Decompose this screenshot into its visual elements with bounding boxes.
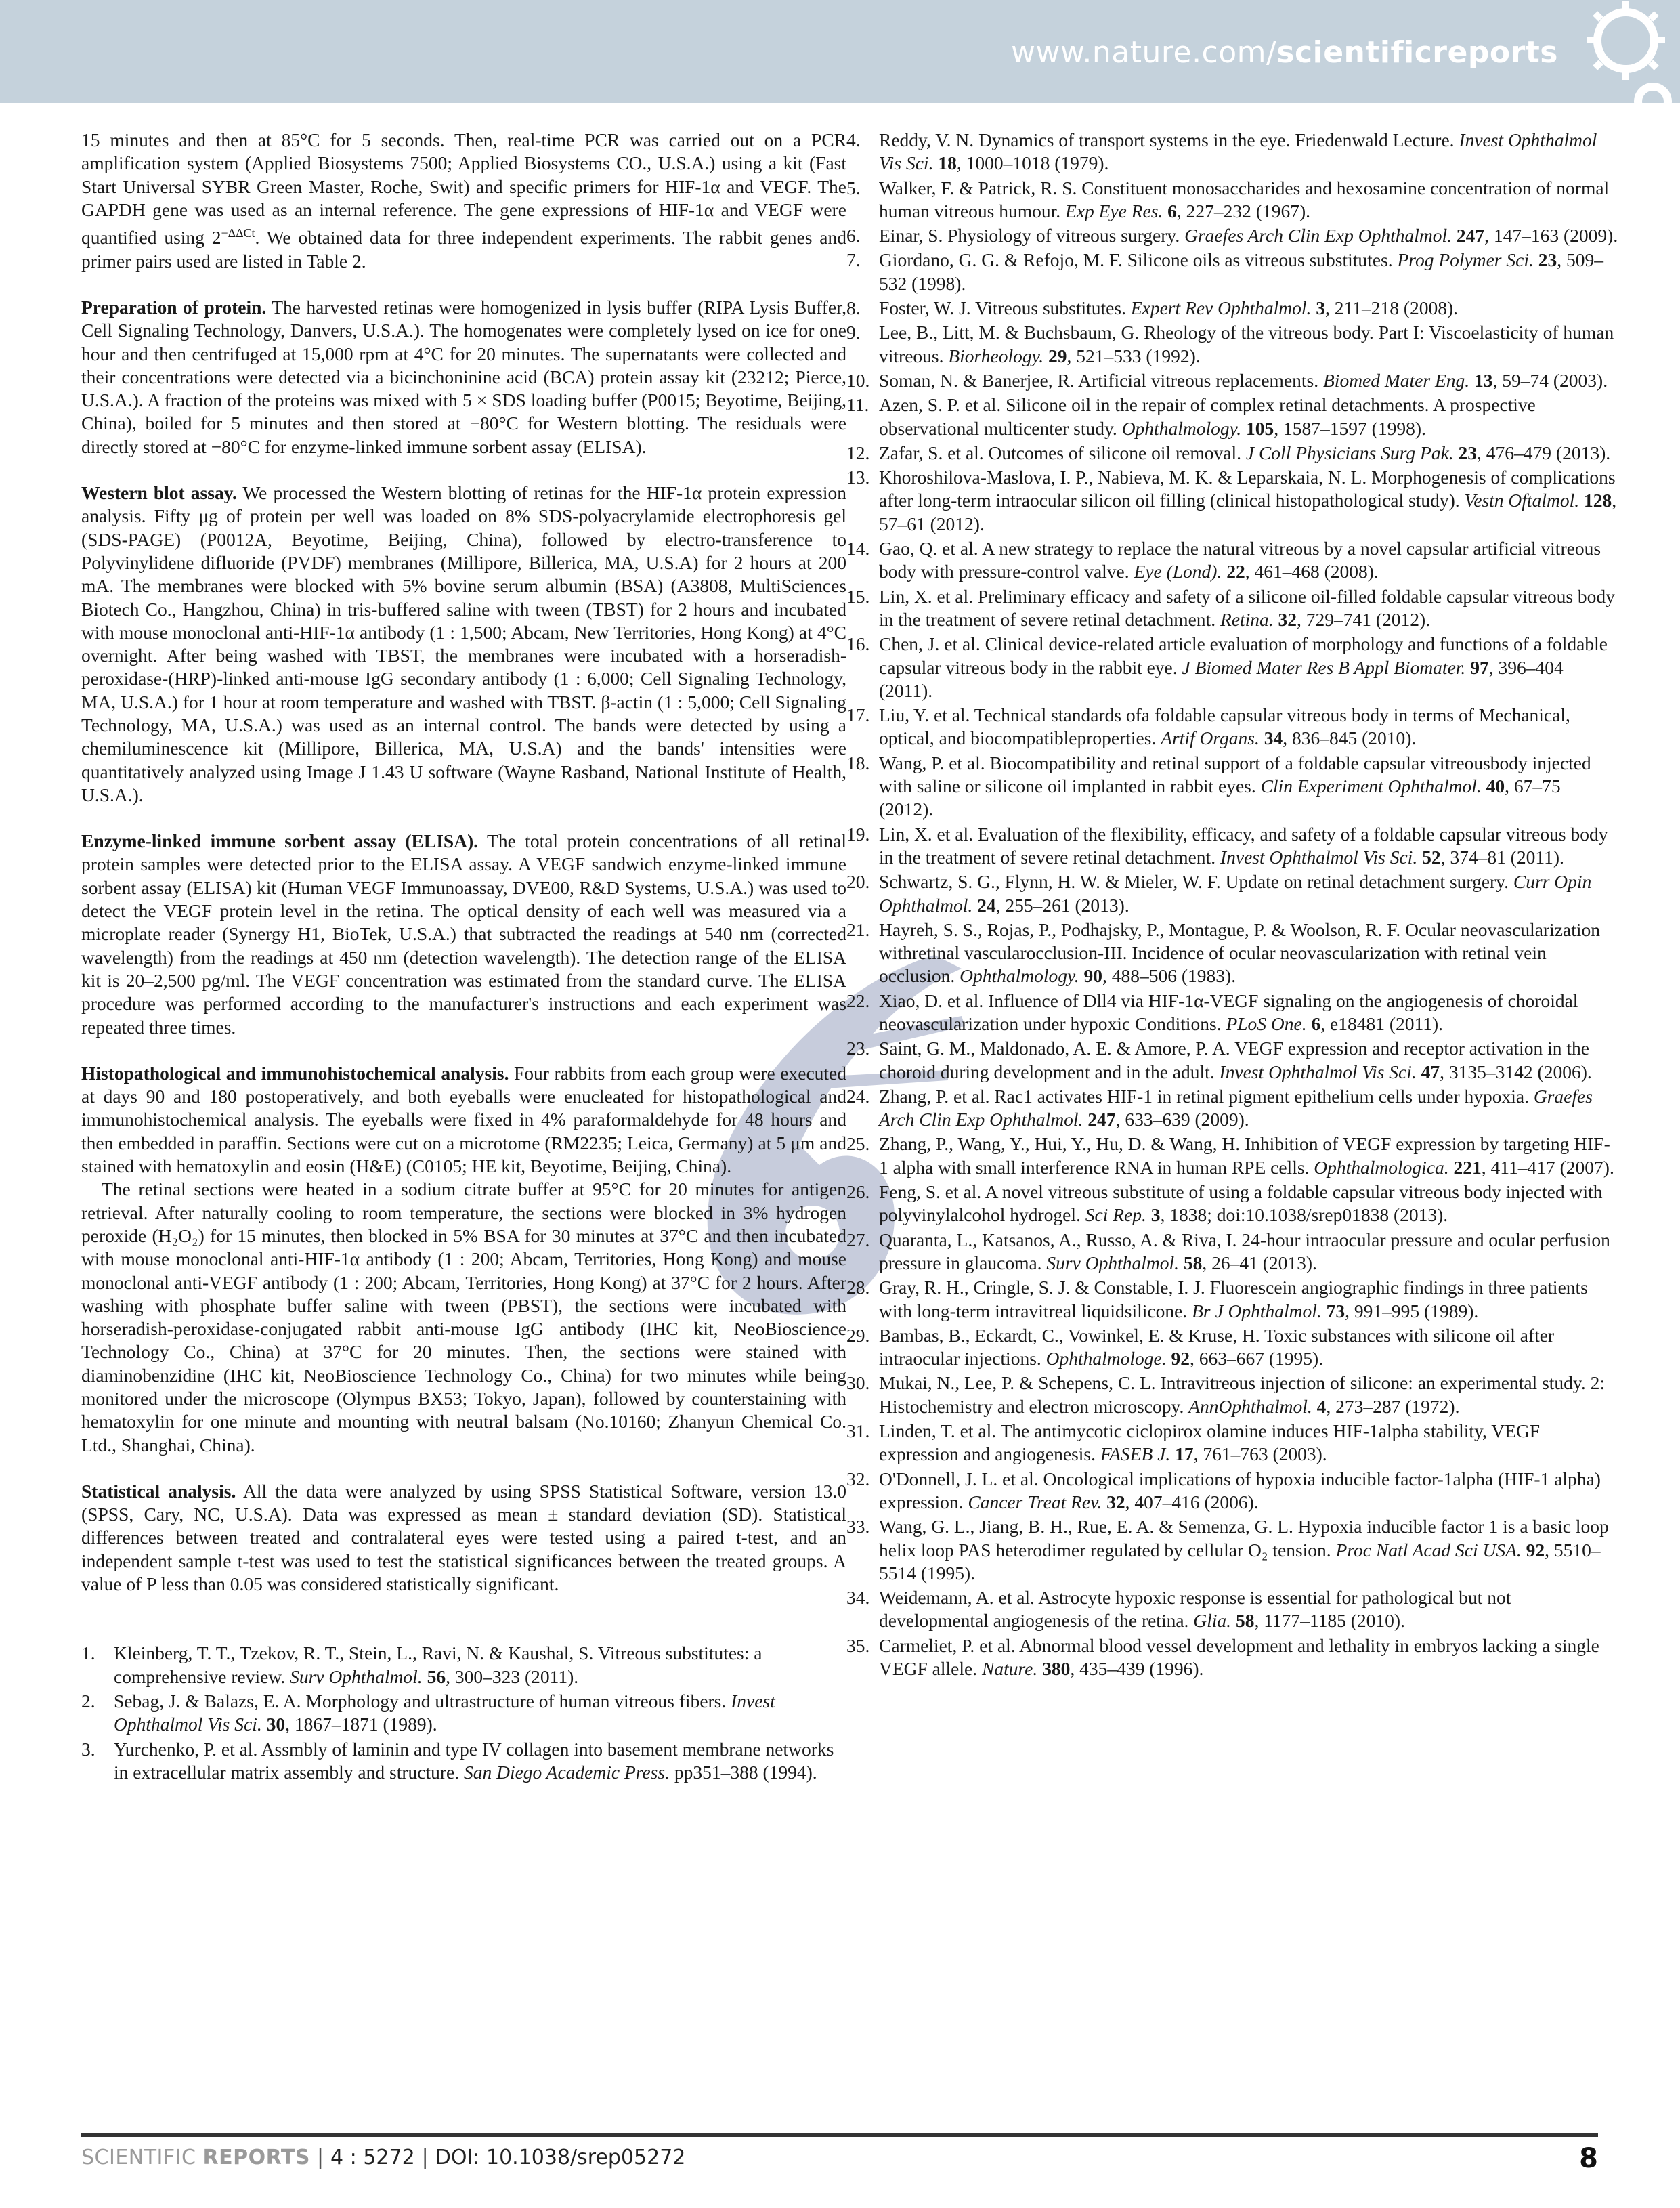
reference-journal: Glia. <box>1193 1610 1231 1631</box>
reference-volume: 4 <box>1317 1396 1327 1417</box>
reference-pages-year: , 211–218 (2008). <box>1325 297 1458 318</box>
reference-volume: 24 <box>977 895 996 916</box>
reference-journal: San Diego Academic Press. <box>464 1762 670 1783</box>
left-column: 15 minutes and then at 85°C for 5 second… <box>81 129 846 1785</box>
reference-number: 7. <box>846 249 861 272</box>
reference-volume: 23 <box>1459 442 1478 463</box>
reference-number: 23. <box>846 1037 869 1060</box>
reference-authors-title: Zhang, P. et al. Rac1 activates HIF-1 in… <box>879 1086 1534 1107</box>
reference-pages-year: , 300–323 (2011). <box>446 1666 578 1687</box>
reference-volume: 56 <box>427 1666 446 1687</box>
reference-authors-title: Giordano, G. G. & Refojo, M. F. Silicone… <box>879 249 1397 270</box>
reference-journal: Biorheology. <box>948 345 1043 366</box>
reference-volume: 22 <box>1226 561 1245 582</box>
reference-item: 9.Lee, B., Litt, M. & Buchsbaum, G. Rheo… <box>846 321 1618 368</box>
reference-pages-year: , 59–74 (2003). <box>1493 370 1608 391</box>
reference-number: 28. <box>846 1276 869 1299</box>
reference-number: 35. <box>846 1634 869 1657</box>
reference-item: 10.Soman, N. & Banerjee, R. Artificial v… <box>846 369 1618 392</box>
reference-number: 27. <box>846 1229 869 1252</box>
reference-pages-year: pp351–388 (1994). <box>674 1762 817 1783</box>
reference-item: 24.Zhang, P. et al. Rac1 activates HIF-1… <box>846 1085 1618 1132</box>
reference-pages-year: , 26–41 (2013). <box>1202 1252 1317 1273</box>
footer-journal-name: SCIENTIFIC REPORTS <box>81 2146 310 2169</box>
reference-item: 20.Schwartz, S. G., Flynn, H. W. & Miele… <box>846 870 1618 917</box>
reference-item: 6.Einar, S. Physiology of vitreous surge… <box>846 224 1618 247</box>
reference-item: 26.Feng, S. et al. A novel vitreous subs… <box>846 1181 1618 1227</box>
reference-number: 1. <box>81 1642 95 1665</box>
reference-number: 34. <box>846 1586 869 1609</box>
reference-number: 4. <box>846 129 861 152</box>
reference-number: 16. <box>846 633 869 656</box>
reference-journal: Ophthalmology. <box>1122 418 1241 439</box>
reference-journal: J Biomed Mater Res B Appl Biomater. <box>1182 657 1466 678</box>
reference-item: 32.O'Donnell, J. L. et al. Oncological i… <box>846 1468 1618 1514</box>
reference-pages-year: , 488–506 (1983). <box>1102 965 1236 986</box>
reference-journal: Sci Rep. <box>1085 1204 1146 1225</box>
reference-volume: 6 <box>1167 200 1177 221</box>
reference-pages-year: , 255–261 (2013). <box>996 895 1129 916</box>
reference-authors-title: Reddy, V. N. Dynamics of transport syste… <box>879 129 1459 150</box>
reference-volume: 32 <box>1278 609 1297 630</box>
footer-doi[interactable]: DOI: 10.1038/srep05272 <box>435 2146 686 2169</box>
reference-number: 2. <box>81 1690 95 1713</box>
reference-pages-year: , 1000–1018 (1979). <box>957 152 1109 173</box>
reference-journal: Eye (Lond). <box>1134 561 1222 582</box>
reference-volume: 128 <box>1584 490 1612 511</box>
reference-number: 29. <box>846 1324 869 1347</box>
reference-journal: PLoS One. <box>1226 1013 1306 1034</box>
reference-pages-year: , 374–81 (2011). <box>1441 847 1564 868</box>
reference-journal: Ophthalmologica. <box>1314 1157 1448 1178</box>
reference-volume: 105 <box>1246 418 1274 439</box>
reference-journal: Proc Natl Acad Sci USA. <box>1336 1540 1522 1561</box>
reference-number: 15. <box>846 585 869 608</box>
section-western-blot: Western blot assay. We processed the Wes… <box>81 482 846 807</box>
reference-pages-year: , 836–845 (2010). <box>1283 727 1416 748</box>
reference-volume: 34 <box>1264 727 1283 748</box>
reference-number: 5. <box>846 177 861 200</box>
reference-journal: Invest Ophthalmol Vis Sci. <box>1220 847 1417 868</box>
reference-volume: 40 <box>1486 776 1505 797</box>
reference-journal: Retina. <box>1220 609 1274 630</box>
reference-item: 22.Xiao, D. et al. Influence of Dll4 via… <box>846 990 1618 1036</box>
reference-item: 5.Walker, F. & Patrick, R. S. Constituen… <box>846 177 1618 224</box>
reference-number: 31. <box>846 1420 869 1443</box>
reference-pages-year: , 729–741 (2012). <box>1297 609 1430 630</box>
reference-journal: Clin Experiment Ophthalmol. <box>1261 776 1482 797</box>
section-elisa: Enzyme-linked immune sorbent assay (ELIS… <box>81 830 846 1039</box>
reference-volume: 92 <box>1526 1540 1545 1561</box>
gear-logo-icon <box>1572 0 1673 112</box>
reference-pages-year: , 476–479 (2013). <box>1477 442 1610 463</box>
reference-item: 13.Khoroshilova-Maslova, I. P., Nabieva,… <box>846 466 1618 536</box>
intro-paragraph: 15 minutes and then at 85°C for 5 second… <box>81 129 846 273</box>
reference-pages-year: , 435–439 (1996). <box>1070 1658 1203 1679</box>
reference-number: 32. <box>846 1468 869 1491</box>
reference-volume: 17 <box>1175 1443 1194 1464</box>
reference-volume: 18 <box>938 152 957 173</box>
reference-journal: Vestn Oftalmol. <box>1465 490 1580 511</box>
section-title: Histopathological and immunohistochemica… <box>81 1063 509 1084</box>
reference-volume: 30 <box>267 1714 286 1735</box>
reference-volume: 247 <box>1457 225 1484 246</box>
reference-number: 10. <box>846 369 869 392</box>
reference-item: 21.Hayreh, S. S., Rojas, P., Podhajsky, … <box>846 918 1618 988</box>
reference-item: 25.Zhang, P., Wang, Y., Hui, Y., Hu, D. … <box>846 1132 1618 1179</box>
reference-pages-year: , 411–417 (2007). <box>1482 1157 1614 1178</box>
reference-authors-title: Soman, N. & Banerjee, R. Artificial vitr… <box>879 370 1323 391</box>
reference-volume: 58 <box>1236 1610 1255 1631</box>
reference-journal: Surv Ophthalmol. <box>1046 1252 1179 1273</box>
reference-pages-year: , 407–416 (2006). <box>1125 1491 1259 1512</box>
url-suffix: scientificreports <box>1276 35 1558 70</box>
reference-item: 1.Kleinberg, T. T., Tzekov, R. T., Stein… <box>81 1642 846 1689</box>
reference-volume: 380 <box>1042 1658 1070 1679</box>
reference-item: 12.Zafar, S. et al. Outcomes of silicone… <box>846 442 1618 465</box>
reference-number: 26. <box>846 1181 869 1204</box>
footer: SCIENTIFIC REPORTS|4 : 5272|DOI: 10.1038… <box>81 2146 1598 2180</box>
reference-pages-year: , 521–533 (1992). <box>1067 345 1201 366</box>
reference-number: 33. <box>846 1515 869 1538</box>
reference-item: 4.Reddy, V. N. Dynamics of transport sys… <box>846 129 1618 175</box>
reference-number: 8. <box>846 297 861 320</box>
section-title: Western blot assay. <box>81 482 237 503</box>
reference-journal: Invest Ophthalmol Vis Sci. <box>1220 1061 1417 1082</box>
header-band: www.nature.com/scientificreports <box>0 0 1680 103</box>
reference-pages-year: , 227–232 (1967). <box>1177 200 1310 221</box>
reference-item: 28.Gray, R. H., Cringle, S. J. & Constab… <box>846 1276 1618 1323</box>
reference-volume: 3 <box>1316 297 1325 318</box>
reference-volume: 58 <box>1184 1252 1203 1273</box>
reference-item: 17.Liu, Y. et al. Technical standards of… <box>846 704 1618 750</box>
reference-volume: 247 <box>1087 1109 1115 1130</box>
reference-journal: Cancer Treat Rev. <box>968 1491 1102 1512</box>
reference-journal: Ophthalmology. <box>960 965 1079 986</box>
reference-item: 23.Saint, G. M., Maldonado, A. E. & Amor… <box>846 1037 1618 1084</box>
reference-authors-title: Einar, S. Physiology of vitreous surgery… <box>879 225 1184 246</box>
reference-journal: Ophthalmologe. <box>1046 1348 1167 1369</box>
reference-item: 35.Carmeliet, P. et al. Abnormal blood v… <box>846 1634 1618 1681</box>
reference-pages-year: , 461–468 (2008). <box>1245 561 1379 582</box>
reference-journal: AnnOphthalmol. <box>1188 1396 1312 1417</box>
reference-item: 16.Chen, J. et al. Clinical device-relat… <box>846 633 1618 702</box>
reference-volume: 32 <box>1106 1491 1125 1512</box>
reference-volume: 52 <box>1422 847 1441 868</box>
reference-number: 18. <box>846 752 869 775</box>
reference-number: 12. <box>846 442 869 465</box>
reference-list-right: 4.Reddy, V. N. Dynamics of transport sys… <box>846 129 1618 1680</box>
reference-item: 18.Wang, P. et al. Biocompatibility and … <box>846 752 1618 822</box>
reference-authors-title: Sebag, J. & Balazs, E. A. Morphology and… <box>114 1691 731 1712</box>
page-number: 8 <box>1579 2143 1598 2174</box>
reference-volume: 90 <box>1084 965 1103 986</box>
reference-pages-year: , 663–667 (1995). <box>1190 1348 1323 1369</box>
reference-number: 20. <box>846 870 869 893</box>
reference-item: 14.Gao, Q. et al. A new strategy to repl… <box>846 537 1618 584</box>
reference-pages-year: , 147–163 (2009). <box>1484 225 1618 246</box>
reference-journal: Prog Polymer Sci. <box>1397 249 1533 270</box>
reference-item: 19.Lin, X. et al. Evaluation of the flex… <box>846 823 1618 870</box>
journal-url[interactable]: www.nature.com/scientificreports <box>1011 35 1558 70</box>
reference-pages-year: , 633–639 (2009). <box>1116 1109 1249 1130</box>
reference-journal: Nature. <box>982 1658 1037 1679</box>
footer-rule <box>81 2133 1598 2137</box>
reference-number: 3. <box>81 1738 95 1761</box>
section-histopathology: Histopathological and immunohistochemica… <box>81 1062 846 1178</box>
reference-volume: 23 <box>1538 249 1557 270</box>
reference-pages-year: , 1867–1871 (1989). <box>285 1714 437 1735</box>
reference-pages-year: , 3135–3142 (2006). <box>1440 1061 1592 1082</box>
reference-volume: 92 <box>1171 1348 1190 1369</box>
reference-item: 3.Yurchenko, P. et al. Assmbly of lamini… <box>81 1738 846 1785</box>
reference-number: 17. <box>846 704 869 727</box>
reference-authors-title: Foster, W. J. Vitreous substitutes. <box>879 297 1131 318</box>
reference-authors-title: Schwartz, S. G., Flynn, H. W. & Mieler, … <box>879 871 1513 892</box>
reference-item: 15.Lin, X. et al. Preliminary efficacy a… <box>846 585 1618 632</box>
section-statistical-analysis: Statistical analysis. All the data were … <box>81 1480 846 1596</box>
reference-journal: FASEB J. <box>1100 1443 1170 1464</box>
reference-authors-title: Wang, P. et al. Biocompatibility and ret… <box>879 752 1591 797</box>
reference-journal: Biomed Mater Eng. <box>1323 370 1469 391</box>
reference-list-left: 1.Kleinberg, T. T., Tzekov, R. T., Stein… <box>81 1642 846 1784</box>
section-histopathology-continued: The retinal sections were heated in a so… <box>81 1178 846 1457</box>
reference-volume: 221 <box>1454 1157 1482 1178</box>
reference-item: 7.Giordano, G. G. & Refojo, M. F. Silico… <box>846 249 1618 295</box>
reference-journal: Surv Ophthalmol. <box>290 1666 423 1687</box>
reference-volume: 6 <box>1312 1013 1321 1034</box>
reference-authors-title: Zafar, S. et al. Outcomes of silicone oi… <box>879 442 1246 463</box>
reference-number: 19. <box>846 823 869 846</box>
reference-number: 14. <box>846 537 869 560</box>
reference-journal: Exp Eye Res. <box>1065 200 1163 221</box>
reference-journal: Artif Organs. <box>1161 727 1259 748</box>
section-title: Preparation of protein. <box>81 297 266 318</box>
reference-item: 31.Linden, T. et al. The antimycotic cic… <box>846 1420 1618 1466</box>
reference-pages-year: , 991–995 (1989). <box>1345 1300 1478 1321</box>
reference-journal: Graefes Arch Clin Exp Ophthalmol. <box>1184 225 1452 246</box>
reference-number: 11. <box>846 394 869 417</box>
reference-volume: 47 <box>1421 1061 1440 1082</box>
reference-item: 2.Sebag, J. & Balazs, E. A. Morphology a… <box>81 1690 846 1737</box>
reference-pages-year: , e18481 (2011). <box>1320 1013 1443 1034</box>
section-preparation-of-protein: Preparation of protein. The harvested re… <box>81 296 846 459</box>
reference-volume: 3 <box>1151 1204 1161 1225</box>
reference-item: 33.Wang, G. L., Jiang, B. H., Rue, E. A.… <box>846 1515 1618 1585</box>
reference-number: 13. <box>846 466 869 489</box>
section-title: Statistical analysis. <box>81 1481 236 1502</box>
reference-number: 9. <box>846 321 861 344</box>
reference-number: 25. <box>846 1132 869 1155</box>
reference-journal: Br J Ophthalmol. <box>1192 1300 1322 1321</box>
reference-pages-year: , 273–287 (1972). <box>1326 1396 1459 1417</box>
reference-number: 6. <box>846 224 861 247</box>
reference-pages-year: , 1587–1597 (1998). <box>1274 418 1426 439</box>
url-prefix: www.nature.com/ <box>1011 35 1276 70</box>
reference-journal: Expert Rev Ophthalmol. <box>1131 297 1312 318</box>
reference-item: 11.Azen, S. P. et al. Silicone oil in th… <box>846 394 1618 440</box>
reference-item: 34.Weidemann, A. et al. Astrocyte hypoxi… <box>846 1586 1618 1633</box>
reference-item: 29.Bambas, B., Eckardt, C., Vowinkel, E.… <box>846 1324 1618 1371</box>
reference-volume: 13 <box>1474 370 1493 391</box>
reference-number: 24. <box>846 1085 869 1108</box>
footer-volume: 4 : 5272 <box>330 2146 415 2169</box>
reference-volume: 29 <box>1048 345 1067 366</box>
reference-pages-year: , 1838; doi:10.1038/srep01838 (2013). <box>1160 1204 1448 1225</box>
reference-number: 30. <box>846 1372 869 1395</box>
reference-item: 30.Mukai, N., Lee, P. & Schepens, C. L. … <box>846 1372 1618 1418</box>
right-column: 4.Reddy, V. N. Dynamics of transport sys… <box>846 129 1618 1682</box>
reference-number: 21. <box>846 918 869 941</box>
reference-item: 8.Foster, W. J. Vitreous substitutes. Ex… <box>846 297 1618 320</box>
reference-journal: J Coll Physicians Surg Pak. <box>1246 442 1454 463</box>
reference-number: 22. <box>846 990 869 1013</box>
reference-pages-year: , 1177–1185 (2010). <box>1254 1610 1405 1631</box>
reference-volume: 97 <box>1470 657 1489 678</box>
reference-volume: 73 <box>1327 1300 1345 1321</box>
section-title: Enzyme-linked immune sorbent assay (ELIS… <box>81 830 478 851</box>
reference-item: 27.Quaranta, L., Katsanos, A., Russo, A.… <box>846 1229 1618 1275</box>
reference-pages-year: , 761–763 (2003). <box>1194 1443 1327 1464</box>
